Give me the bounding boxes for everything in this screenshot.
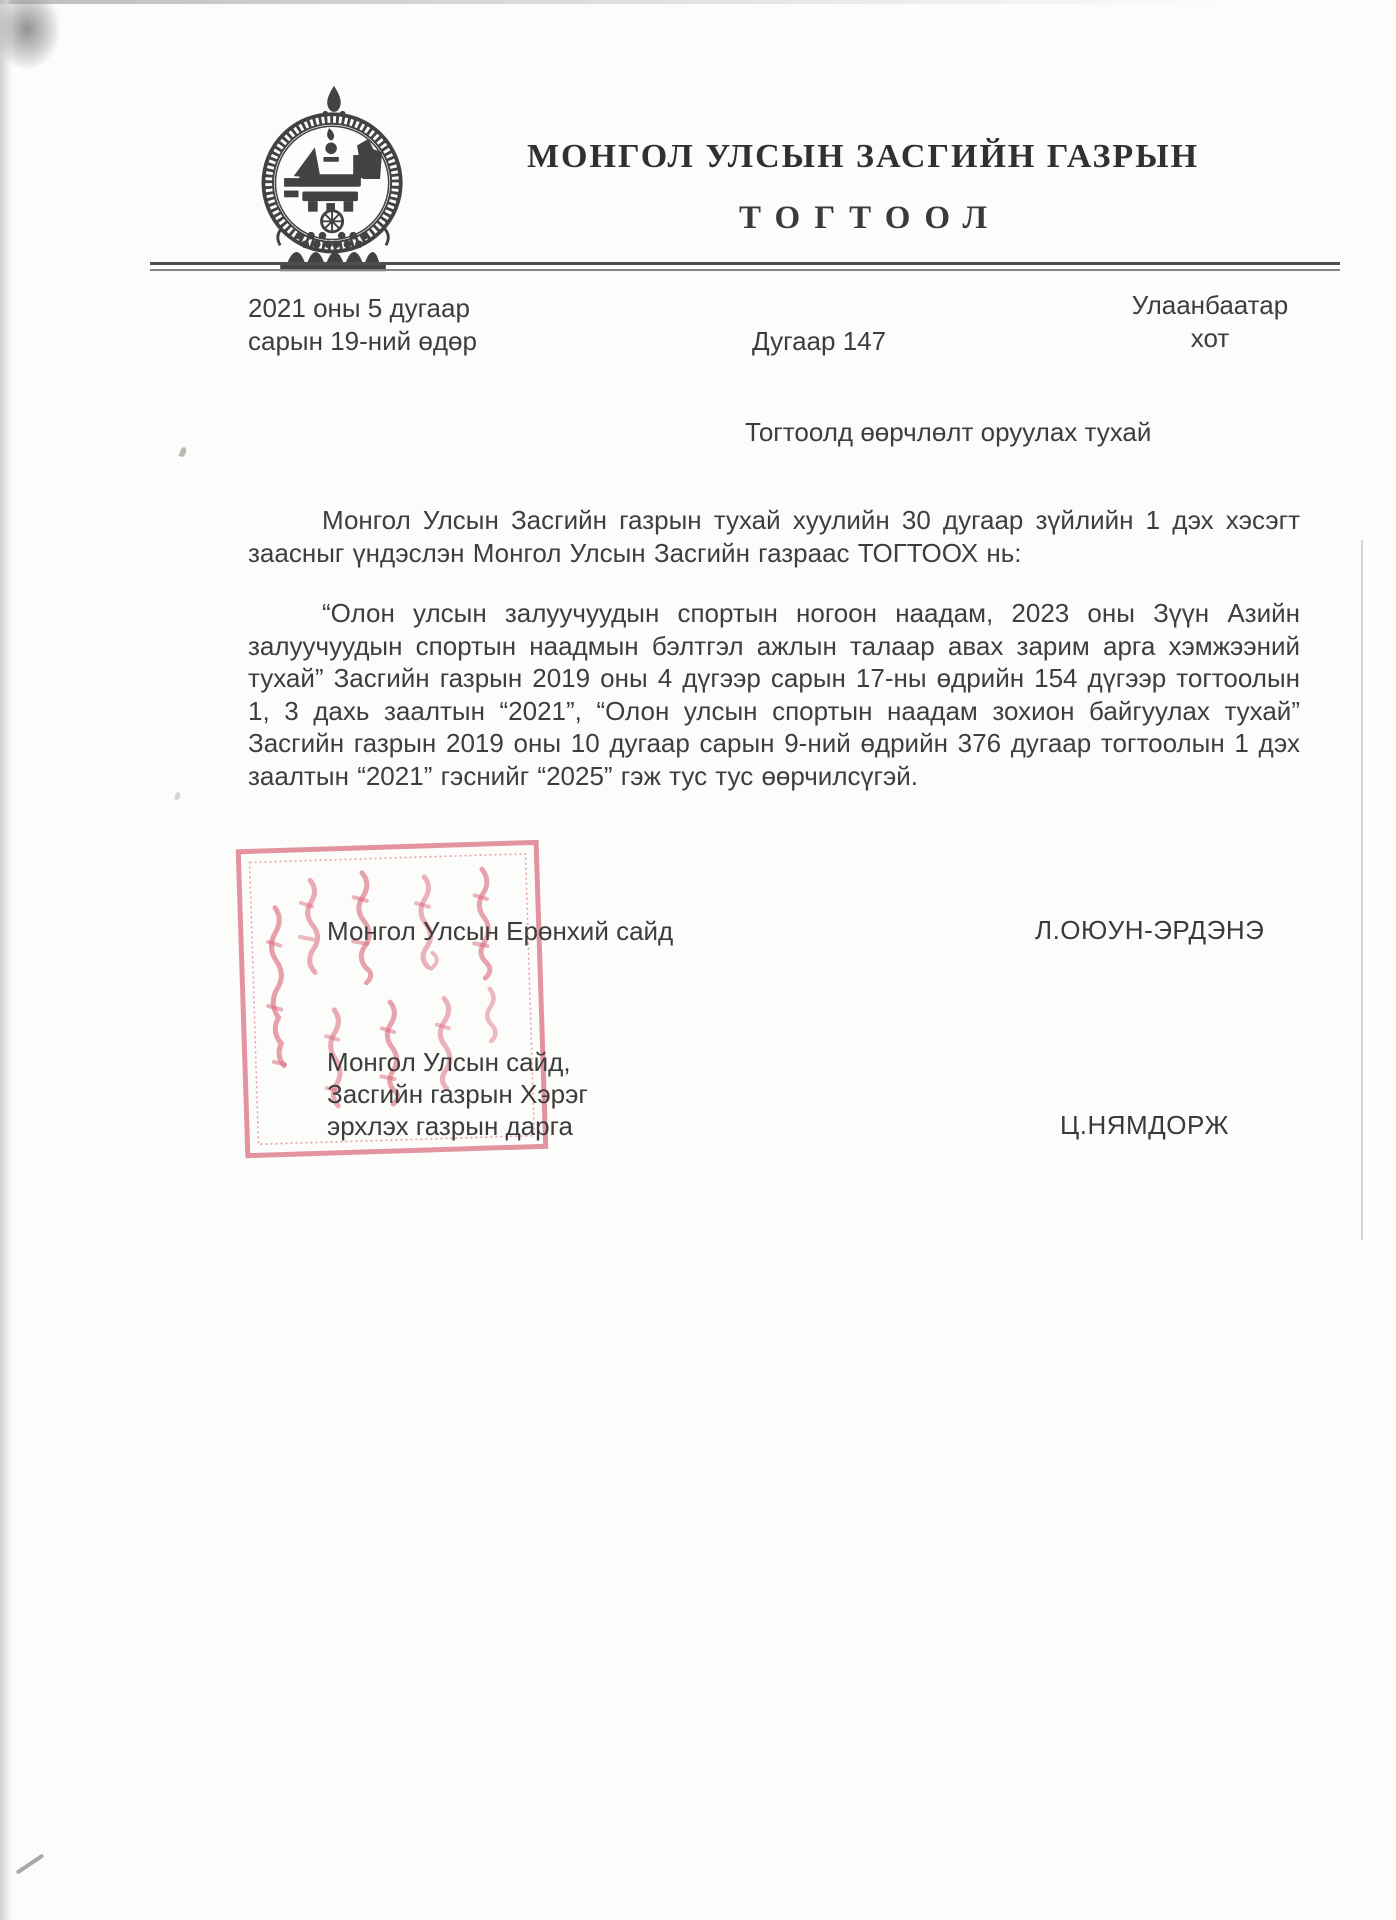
scan-edge-right <box>1361 540 1363 1240</box>
date-line-2: сарын 19-ний өдөр <box>248 325 477 358</box>
signature-title-line-3: эрхлэх газрын дарга <box>327 1110 588 1142</box>
body-paragraph-1: Монгол Улсын Засгийн газрын тухай хуулий… <box>248 504 1300 569</box>
doc-type-title: ТОГТООЛ <box>739 200 1001 237</box>
signature-title-line-1: Монгол Улсын сайд, <box>327 1046 588 1078</box>
mongolia-state-emblem-icon <box>256 84 412 276</box>
scan-edge-top <box>0 0 1396 4</box>
signature-name-pm: Л.ОЮУН-ЭРДЭНЭ <box>1035 915 1264 946</box>
scan-speck <box>179 446 188 457</box>
subject-line: Тогтоолд өөрчлөлт оруулах тухай <box>745 417 1151 448</box>
scanned-resolution-page: МОНГОЛ УЛСЫН ЗАСГИЙН ГАЗРЫН ТОГТООЛ 2021… <box>0 0 1396 1920</box>
city-line-2: хот <box>1120 322 1300 355</box>
scan-corner-mark <box>16 1853 45 1874</box>
city-line-1: Улаанбаатар <box>1120 289 1300 322</box>
org-title: МОНГОЛ УЛСЫН ЗАСГИЙН ГАЗРЫН <box>527 138 1199 176</box>
emblem-graphic-icon <box>256 84 412 276</box>
scan-corner-shadow <box>0 0 72 84</box>
date-line-1: 2021 оны 5 дугаар <box>248 292 477 325</box>
date-block: 2021 оны 5 дугаар сарын 19-ний өдөр <box>248 292 477 358</box>
scan-speck <box>174 792 181 801</box>
signature-title-cabinet: Монгол Улсын сайд, Засгийн газрын Хэрэг … <box>327 1046 588 1142</box>
signature-title-line-2: Засгийн газрын Хэрэг <box>327 1078 588 1110</box>
body-paragraph-2: “Олон улсын залуучуудын спортын ногоон н… <box>248 597 1300 792</box>
doc-number: Дугаар 147 <box>752 326 886 357</box>
signature-title-pm: Монгол Улсын Ерөнхий сайд <box>327 915 673 947</box>
signature-name-cabinet: Ц.НЯМДОРЖ <box>1060 1110 1229 1141</box>
city-block: Улаанбаатар хот <box>1120 289 1300 355</box>
scan-edge-left <box>0 0 12 1920</box>
header-double-rule <box>150 262 1340 271</box>
